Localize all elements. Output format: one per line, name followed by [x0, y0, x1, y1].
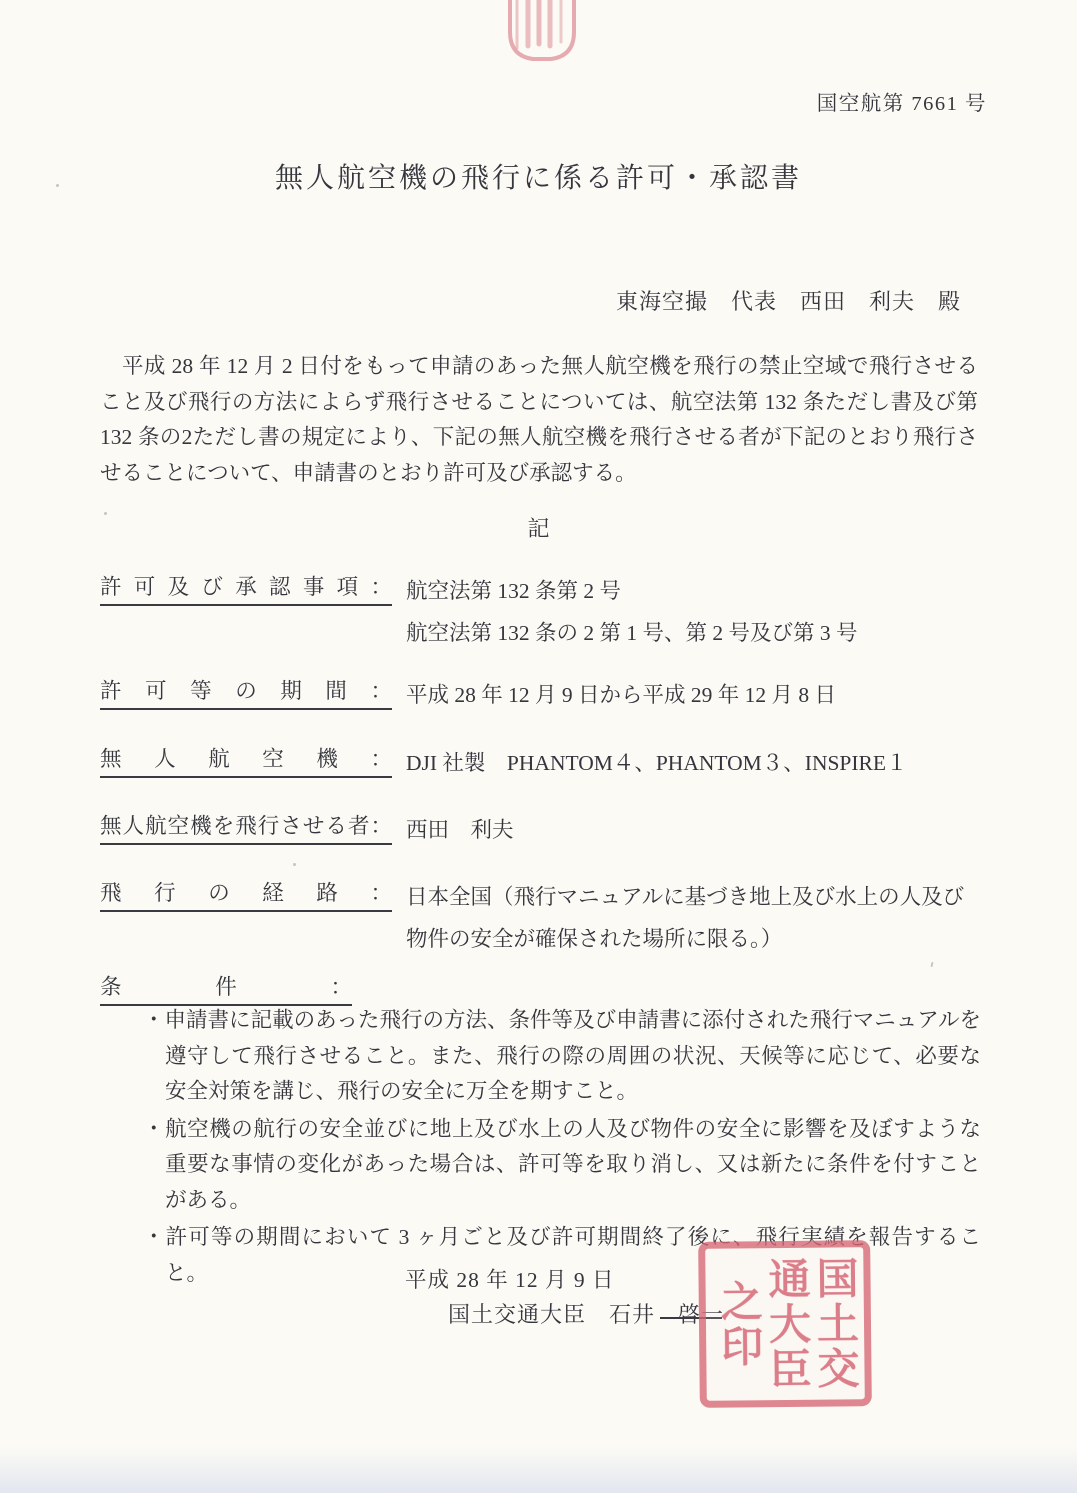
bullet-dot: ・ [143, 1225, 166, 1249]
section-values: 西田 利夫 [406, 809, 978, 851]
ki-heading: 記 [0, 512, 1077, 543]
condition-item: ・申請書に記載のあった飛行の方法、条件等及び申請書に添付された飛行マニュアルを遵… [143, 1003, 981, 1110]
body-paragraph: 平成 28 年 12 月 2 日付をもって申請のあった無人航空機を飛行の禁止空域… [100, 349, 978, 491]
section-uav: 無人航空機： DJI 社製 PHANTOM４、PHANTOM３、INSPIRE１ [100, 742, 978, 784]
scan-speck [56, 184, 59, 187]
section-flight-route: 飛行の経路： 日本全国（飛行マニュアルに基づき地上及び水上の人及び物件の安全が確… [100, 876, 978, 960]
section-value-line: 西田 利夫 [406, 809, 978, 851]
condition-text: 航空機の航行の安全並びに地上及び水上の人及び物件の安全に影響を及ぼすような重要な… [165, 1117, 981, 1212]
document-number: 国空航第 7661 号 [817, 86, 987, 116]
section-values: 航空法第 132 条第 2 号 航空法第 132 条の 2 第 1 号、第 2 … [406, 570, 978, 654]
addressee-line: 東海空撮 代表 西田 利夫 殿 [616, 285, 961, 316]
condition-text: 申請書に記載のあった飛行の方法、条件等及び申請書に添付された飛行マニュアルを遵守… [165, 1008, 981, 1103]
section-values: 平成 28 年 12 月 9 日から平成 29 年 12 月 8 日 [406, 674, 978, 716]
minister-signature: 国土交通大臣 石井 啓一 [448, 1298, 724, 1329]
section-value-line: 航空法第 132 条第 2 号 [406, 570, 978, 612]
section-operator: 無人航空機を飛行させる者： 西田 利夫 [100, 809, 978, 851]
section-value-line: DJI 社製 PHANTOM４、PHANTOM３、INSPIRE１ [406, 742, 978, 784]
section-conditions: 条件： [100, 970, 978, 1006]
section-permit-period: 許可等の期間： 平成 28 年 12 月 9 日から平成 29 年 12 月 8… [100, 674, 978, 716]
section-label: 許可及び承認事項： [100, 570, 392, 606]
section-values: 日本全国（飛行マニュアルに基づき地上及び水上の人及び物件の安全が確保された場所に… [406, 876, 978, 960]
section-label: 条件： [100, 970, 352, 1006]
section-permit-items: 許可及び承認事項： 航空法第 132 条第 2 号 航空法第 132 条の 2 … [100, 570, 978, 654]
document-title: 無人航空機の飛行に係る許可・承認書 [0, 156, 1077, 196]
sections-list: 許可及び承認事項： 航空法第 132 条第 2 号 航空法第 132 条の 2 … [100, 570, 978, 1006]
section-values: DJI 社製 PHANTOM４、PHANTOM３、INSPIRE１ [406, 742, 978, 784]
section-label: 無人航空機： [100, 742, 392, 778]
section-value-line: 航空法第 132 条の 2 第 1 号、第 2 号及び第 3 号 [406, 612, 978, 654]
minister-seal-stamp-icon: 国土交通大臣之印 [698, 1240, 872, 1408]
section-label: 許可等の期間： [100, 674, 392, 710]
document-page: 国空航第 7661 号 無人航空機の飛行に係る許可・承認書 東海空撮 代表 西田… [0, 0, 1077, 1493]
bullet-dot: ・ [143, 1008, 165, 1032]
seal-characters: 国土交通大臣之印 [711, 1252, 858, 1396]
section-value-line: 平成 28 年 12 月 9 日から平成 29 年 12 月 8 日 [406, 674, 978, 716]
partial-red-stamp-icon [503, 0, 581, 64]
condition-item: ・航空機の航行の安全並びに地上及び水上の人及び物件の安全に影響を及ぼすような重要… [143, 1112, 981, 1219]
section-label: 飛行の経路： [100, 876, 392, 912]
issue-date: 平成 28 年 12 月 9 日 [405, 1263, 615, 1294]
bullet-dot: ・ [143, 1117, 165, 1141]
section-label: 無人航空機を飛行させる者： [100, 809, 392, 845]
scan-speck [104, 512, 107, 515]
scan-speck [293, 863, 296, 866]
section-value-line: 日本全国（飛行マニュアルに基づき地上及び水上の人及び物件の安全が確保された場所に… [406, 876, 978, 960]
